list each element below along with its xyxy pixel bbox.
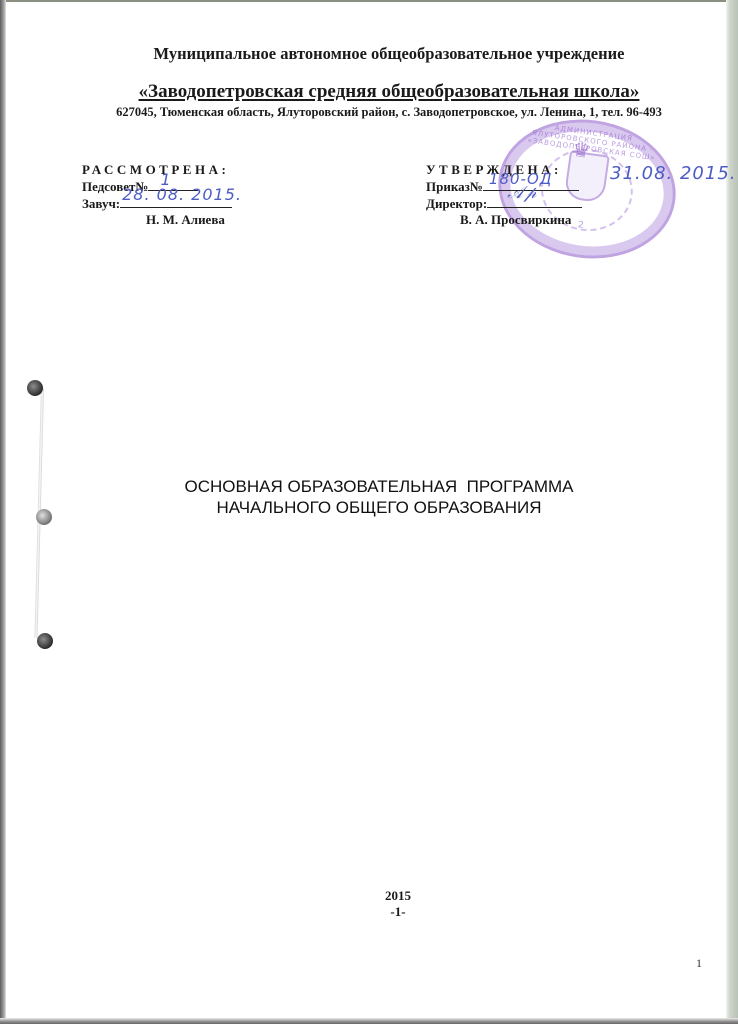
document-year: 2015 (58, 888, 738, 904)
director-label: Директор: (426, 196, 487, 211)
order-row: Приказ№180-ОД 31.08. 2015. (426, 178, 582, 195)
page-label: -1- (58, 904, 738, 920)
scan-edge-top (0, 0, 738, 2)
footer-page-number: 1 (696, 956, 702, 971)
order-label: Приказ№ (426, 179, 483, 194)
director-signature-icon: 𝒜𝓅 (507, 185, 537, 201)
title-line-2: НАЧАЛЬНОГО ОБЩЕГО ОБРАЗОВАНИЯ (20, 497, 738, 518)
crown-icon: ♛ (571, 137, 592, 163)
deputy-row: Завуч:28. 08. 2015. (82, 195, 232, 212)
director-row: Директор:𝒜𝓅 (426, 195, 582, 212)
document-year-block: 2015 -1- (0, 888, 738, 920)
title-line-1: ОСНОВНАЯ ОБРАЗОВАТЕЛЬНАЯ ПРОГРАММА (20, 476, 738, 497)
school-name-text: «Заводопетровская средняя общеобразовате… (139, 81, 640, 102)
deputy-label: Завуч: (82, 196, 120, 211)
binding-hole-icon (37, 633, 53, 649)
approval-name: В. А. Просвиркина (426, 212, 582, 228)
review-block: РАССМОТРЕНА: Педсовет№1 Завуч:28. 08. 20… (82, 162, 232, 228)
scan-edge-bottom (0, 1018, 738, 1024)
deputy-signature-line: 28. 08. 2015. (120, 195, 232, 208)
document-title: ОСНОВНАЯ ОБРАЗОВАТЕЛЬНАЯ ПРОГРАММА НАЧАЛ… (0, 476, 738, 518)
scanned-page: Муниципальное автономное общеобразовател… (0, 0, 738, 1024)
review-date-handwritten: 28. 08. 2015. (122, 187, 242, 203)
school-address: 627045, Тюменская область, Ялуторовский … (0, 105, 738, 120)
director-signature-line: 𝒜𝓅 (487, 195, 582, 208)
approval-block: УТВЕРЖДЕНА: Приказ№180-ОД 31.08. 2015. Д… (426, 162, 582, 228)
review-heading: РАССМОТРЕНА: (82, 162, 232, 178)
order-date-handwritten: 31.08. 2015. (610, 166, 737, 182)
institution-type: Муниципальное автономное общеобразовател… (0, 44, 738, 64)
stamp-ring-text: АДМИНИСТРАЦИЯ ЯЛУТОРОВСКОГО РАЙОНА · «ЗА… (517, 119, 669, 164)
binding-hole-icon (27, 380, 43, 396)
review-name: Н. М. Алиева (82, 212, 232, 228)
school-name: «Заводопетровская средняя общеобразовате… (0, 81, 738, 103)
